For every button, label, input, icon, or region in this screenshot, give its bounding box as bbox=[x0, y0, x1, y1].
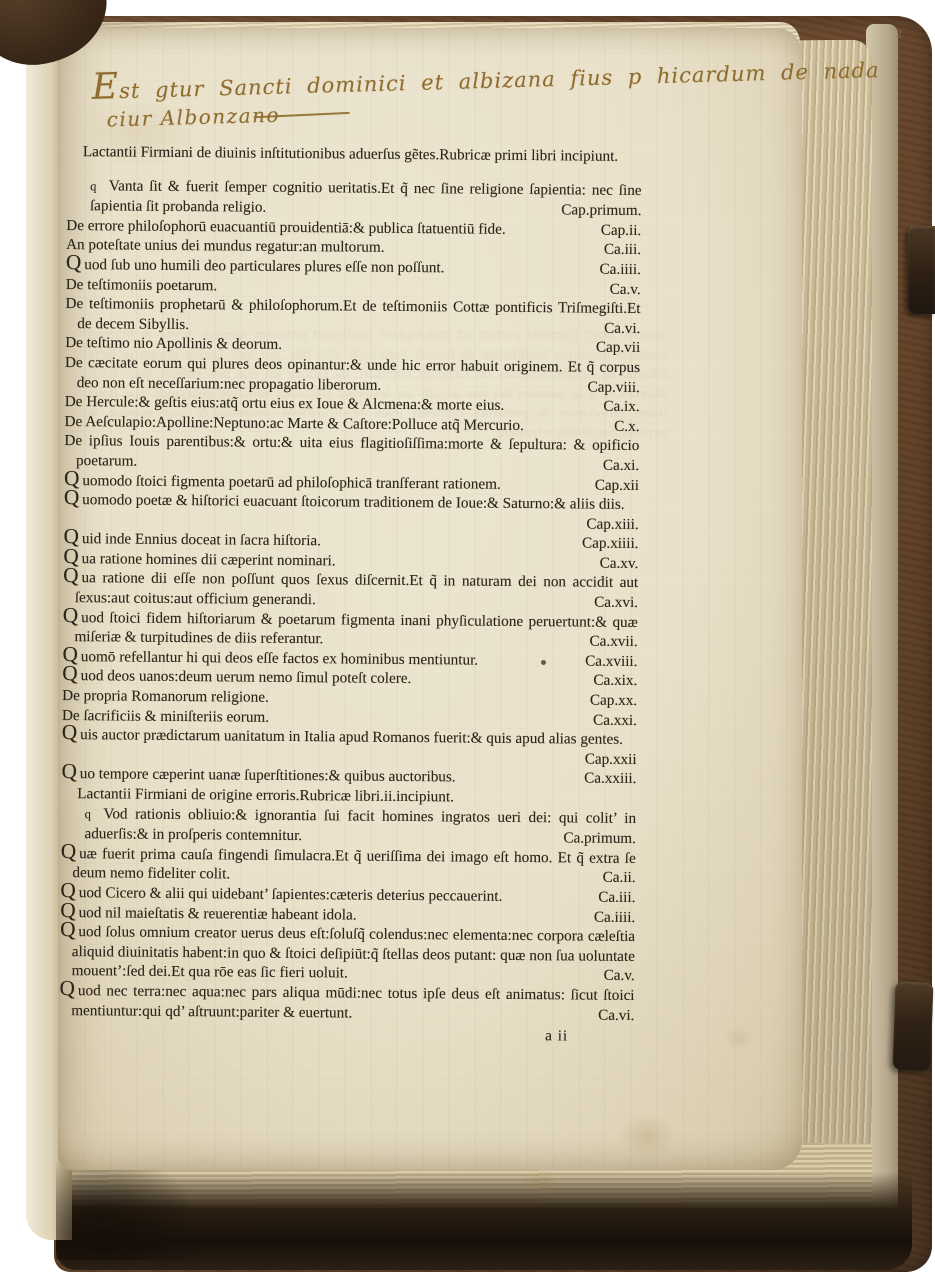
text-block: Lactantii Firmiani de diuinis inſtitutio… bbox=[59, 142, 642, 1047]
guide-letter: q bbox=[85, 805, 104, 825]
entry-text: uod Cicero & alii qui uidebant’ ſapiente… bbox=[79, 884, 503, 905]
chapter-number: Cap.xx. bbox=[602, 691, 638, 711]
initial-letter: Q bbox=[62, 720, 78, 744]
chapter-number: Cap.xiii. bbox=[598, 514, 639, 534]
rubric-entry: qVanta ſit & fuerit ſemper cognitio ueri… bbox=[66, 176, 641, 221]
guide-letter: q bbox=[90, 177, 109, 197]
initial-letter: Q bbox=[60, 917, 76, 941]
manuscript-inscription: Est gtur Sancti dominici et albizana fiu… bbox=[91, 49, 733, 132]
chapter-number: Ca.v. bbox=[615, 966, 634, 986]
chapter-number: Cap.xiiii. bbox=[594, 534, 639, 554]
chapter-number: Ca.iii. bbox=[616, 240, 641, 260]
chapter-number: Ca.xvii. bbox=[601, 632, 637, 652]
chapter-number: Ca.xviii. bbox=[597, 651, 638, 671]
initial-letter: Q bbox=[61, 839, 77, 863]
chapter-number: Cap.primum. bbox=[561, 201, 641, 221]
chapter-number: Ca.ii. bbox=[614, 868, 635, 888]
rubric-entry: De teſtimoniis prophetarū & philoſophoru… bbox=[65, 294, 640, 338]
rubric-entry: De cæcitate eorum qui plures deos opinan… bbox=[65, 353, 640, 397]
entry-text: uod ſolus omnium creator uerus deus eſt:… bbox=[72, 923, 636, 982]
book2-rubrics: qVod rationis obliuio:& ignorantia ſui f… bbox=[59, 804, 636, 1026]
chapter-number: Ca.xi. bbox=[615, 456, 640, 476]
entry-text: Vod rationis obliuio:& ignorantia ſui fa… bbox=[84, 805, 636, 844]
rubric-entry: Qua ratione dii eſſe non poſſunt quos ſe… bbox=[63, 568, 638, 612]
chapter-number: Ca.ix. bbox=[615, 397, 640, 417]
foliation-number: 2 bbox=[896, 26, 902, 41]
chapter-number: Ca.vi. bbox=[610, 1005, 635, 1025]
initial-letter: Q bbox=[63, 603, 79, 627]
chapter-number: C.x. bbox=[626, 417, 640, 437]
rubric-entry: De ipſius Iouis parentibus:& ortu:& uita… bbox=[64, 431, 639, 475]
chapter-number: Cap.vii bbox=[608, 338, 641, 358]
chapter-number: Cap.viii. bbox=[599, 377, 640, 397]
entry-text: uod deos uanos:deum uerum nemo ſimul pot… bbox=[81, 668, 412, 688]
entry-text: uomodo poetæ & hiſtorici euacuant ſtoico… bbox=[82, 491, 625, 513]
stain bbox=[618, 1114, 676, 1158]
chapter-number: Ca.primum. bbox=[563, 829, 636, 849]
entry-text: uis auctor prædictarum uanitatum in Ital… bbox=[80, 726, 623, 748]
entry-text: uo tempore cæperint uanæ ſuperſtitiones:… bbox=[80, 766, 456, 786]
initial-letter: Q bbox=[60, 976, 76, 1000]
initial-letter: Q bbox=[62, 661, 78, 685]
entry-text: ua ratione homines dii cæperint nominari… bbox=[82, 550, 336, 569]
entry-text: De propria Romanorum religione. bbox=[62, 687, 269, 706]
chapter-number: Ca.vi. bbox=[616, 319, 641, 339]
chapter-number: Cap.xii bbox=[606, 475, 639, 495]
book-photo: 2 uomodo ſtoici figmenta poetarū ad phil… bbox=[0, 0, 935, 1280]
clasp-bottom bbox=[892, 981, 933, 1070]
chapter-number: Ca.iii. bbox=[610, 888, 635, 908]
stain bbox=[724, 1026, 754, 1050]
entry-text: uomō refellantur hi qui deos eſſe factos… bbox=[81, 648, 478, 668]
initial-letter: Q bbox=[64, 485, 80, 509]
chapter-number: Cap.xxii bbox=[597, 749, 637, 769]
book1-heading: Lactantii Firmiani de diuinis inſtitutio… bbox=[67, 142, 642, 167]
entry-text: De teſtimo nio Apollinis & deorum. bbox=[65, 334, 282, 353]
entry-text: uod ſtoici fidem hiſtoriarum & poetarum … bbox=[74, 609, 637, 648]
book1-rubrics: qVanta ſit & fuerit ſemper cognitio ueri… bbox=[61, 176, 641, 789]
initial-letter: Q bbox=[63, 563, 79, 587]
parchment-page: uomodo ſtoici figmenta poetarū ad philoſ… bbox=[58, 28, 802, 1170]
entry-text: An poteſtate unius dei mundus regatur:an… bbox=[66, 236, 385, 256]
entry-text: uomodo ſtoici figmenta poetarū ad philoſ… bbox=[82, 472, 501, 493]
signature-mark: a ii bbox=[545, 1026, 634, 1046]
entry-text: ua ratione dii eſſe non poſſunt quos ſex… bbox=[75, 570, 638, 609]
rubric-entry: qVod rationis obliuio:& ignorantia ſui f… bbox=[61, 804, 636, 849]
entry-text: uod nec terra:nec aqua:nec pars aliqua m… bbox=[71, 982, 634, 1021]
entry-text: uod nil maieſtatis & reuerentiæ habeant … bbox=[79, 904, 357, 923]
chapter-number: Ca.iiii. bbox=[606, 907, 636, 927]
rubric-entry: Quod nec terra:nec aqua:nec pars aliqua … bbox=[59, 981, 634, 1025]
entry-text: Vanta ſit & fuerit ſemper cognitio uerit… bbox=[90, 177, 642, 216]
chapter-number: Ca.iiii. bbox=[611, 260, 641, 280]
entry-text: De cæcitate eorum qui plures deos opinan… bbox=[65, 354, 640, 393]
entry-text: De ſacrificiis & miniſteriis eorum. bbox=[62, 707, 269, 726]
chapter-number: Cap.ii. bbox=[613, 221, 642, 241]
entry-text: De teſtimoniis prophetarū & philoſophoru… bbox=[66, 295, 641, 333]
entry-text: De Hercule:& geſtis eius:atq̃ ortu eius … bbox=[65, 393, 505, 414]
entry-text: De ipſius Iouis parentibus:& ortu:& uita… bbox=[64, 432, 639, 469]
chapter-number: Ca.xv. bbox=[611, 554, 638, 574]
entry-text: De errore philoſophorū euacuantiū prouid… bbox=[66, 217, 506, 238]
entry-text: uid inde Ennius doceat in ſacra hiſtoria… bbox=[82, 530, 321, 549]
rubric-entry: Quod ſolus omnium creator uerus deus eſt… bbox=[60, 922, 635, 986]
chapter-number: Ca.xxi. bbox=[605, 710, 637, 730]
rubric-entry: Quod ſtoici fidem hiſtoriarum & poetarum… bbox=[63, 608, 638, 652]
rubric-entry: Quis auctor prædictarum uanitatum in Ita… bbox=[62, 725, 637, 769]
chapter-number: Ca.xvi. bbox=[606, 593, 638, 613]
initial-letter: Q bbox=[66, 250, 82, 274]
clasp-top bbox=[908, 226, 935, 314]
entry-text: uod ſub uno humili deo particulares plur… bbox=[84, 256, 444, 276]
initial-letter: Q bbox=[61, 759, 77, 783]
chapter-number: Ca.xix. bbox=[605, 671, 637, 691]
rubric-entry: Quæ fuerit prima cauſa fingendi ſimulacr… bbox=[61, 844, 636, 888]
chapter-number: Ca.xxiii. bbox=[596, 769, 637, 789]
entry-text: uæ fuerit prima cauſa fingendi ſimulacra… bbox=[72, 845, 635, 883]
entry-text: De teſtimoniis poetarum. bbox=[66, 276, 218, 294]
rubric-entry: Quomodo poetæ & hiſtorici euacuant ſtoic… bbox=[64, 490, 639, 534]
chapter-number: Ca.v. bbox=[621, 279, 640, 299]
entry-text: De Aeſculapio:Apolline:Neptuno:ac Marte … bbox=[64, 413, 523, 434]
